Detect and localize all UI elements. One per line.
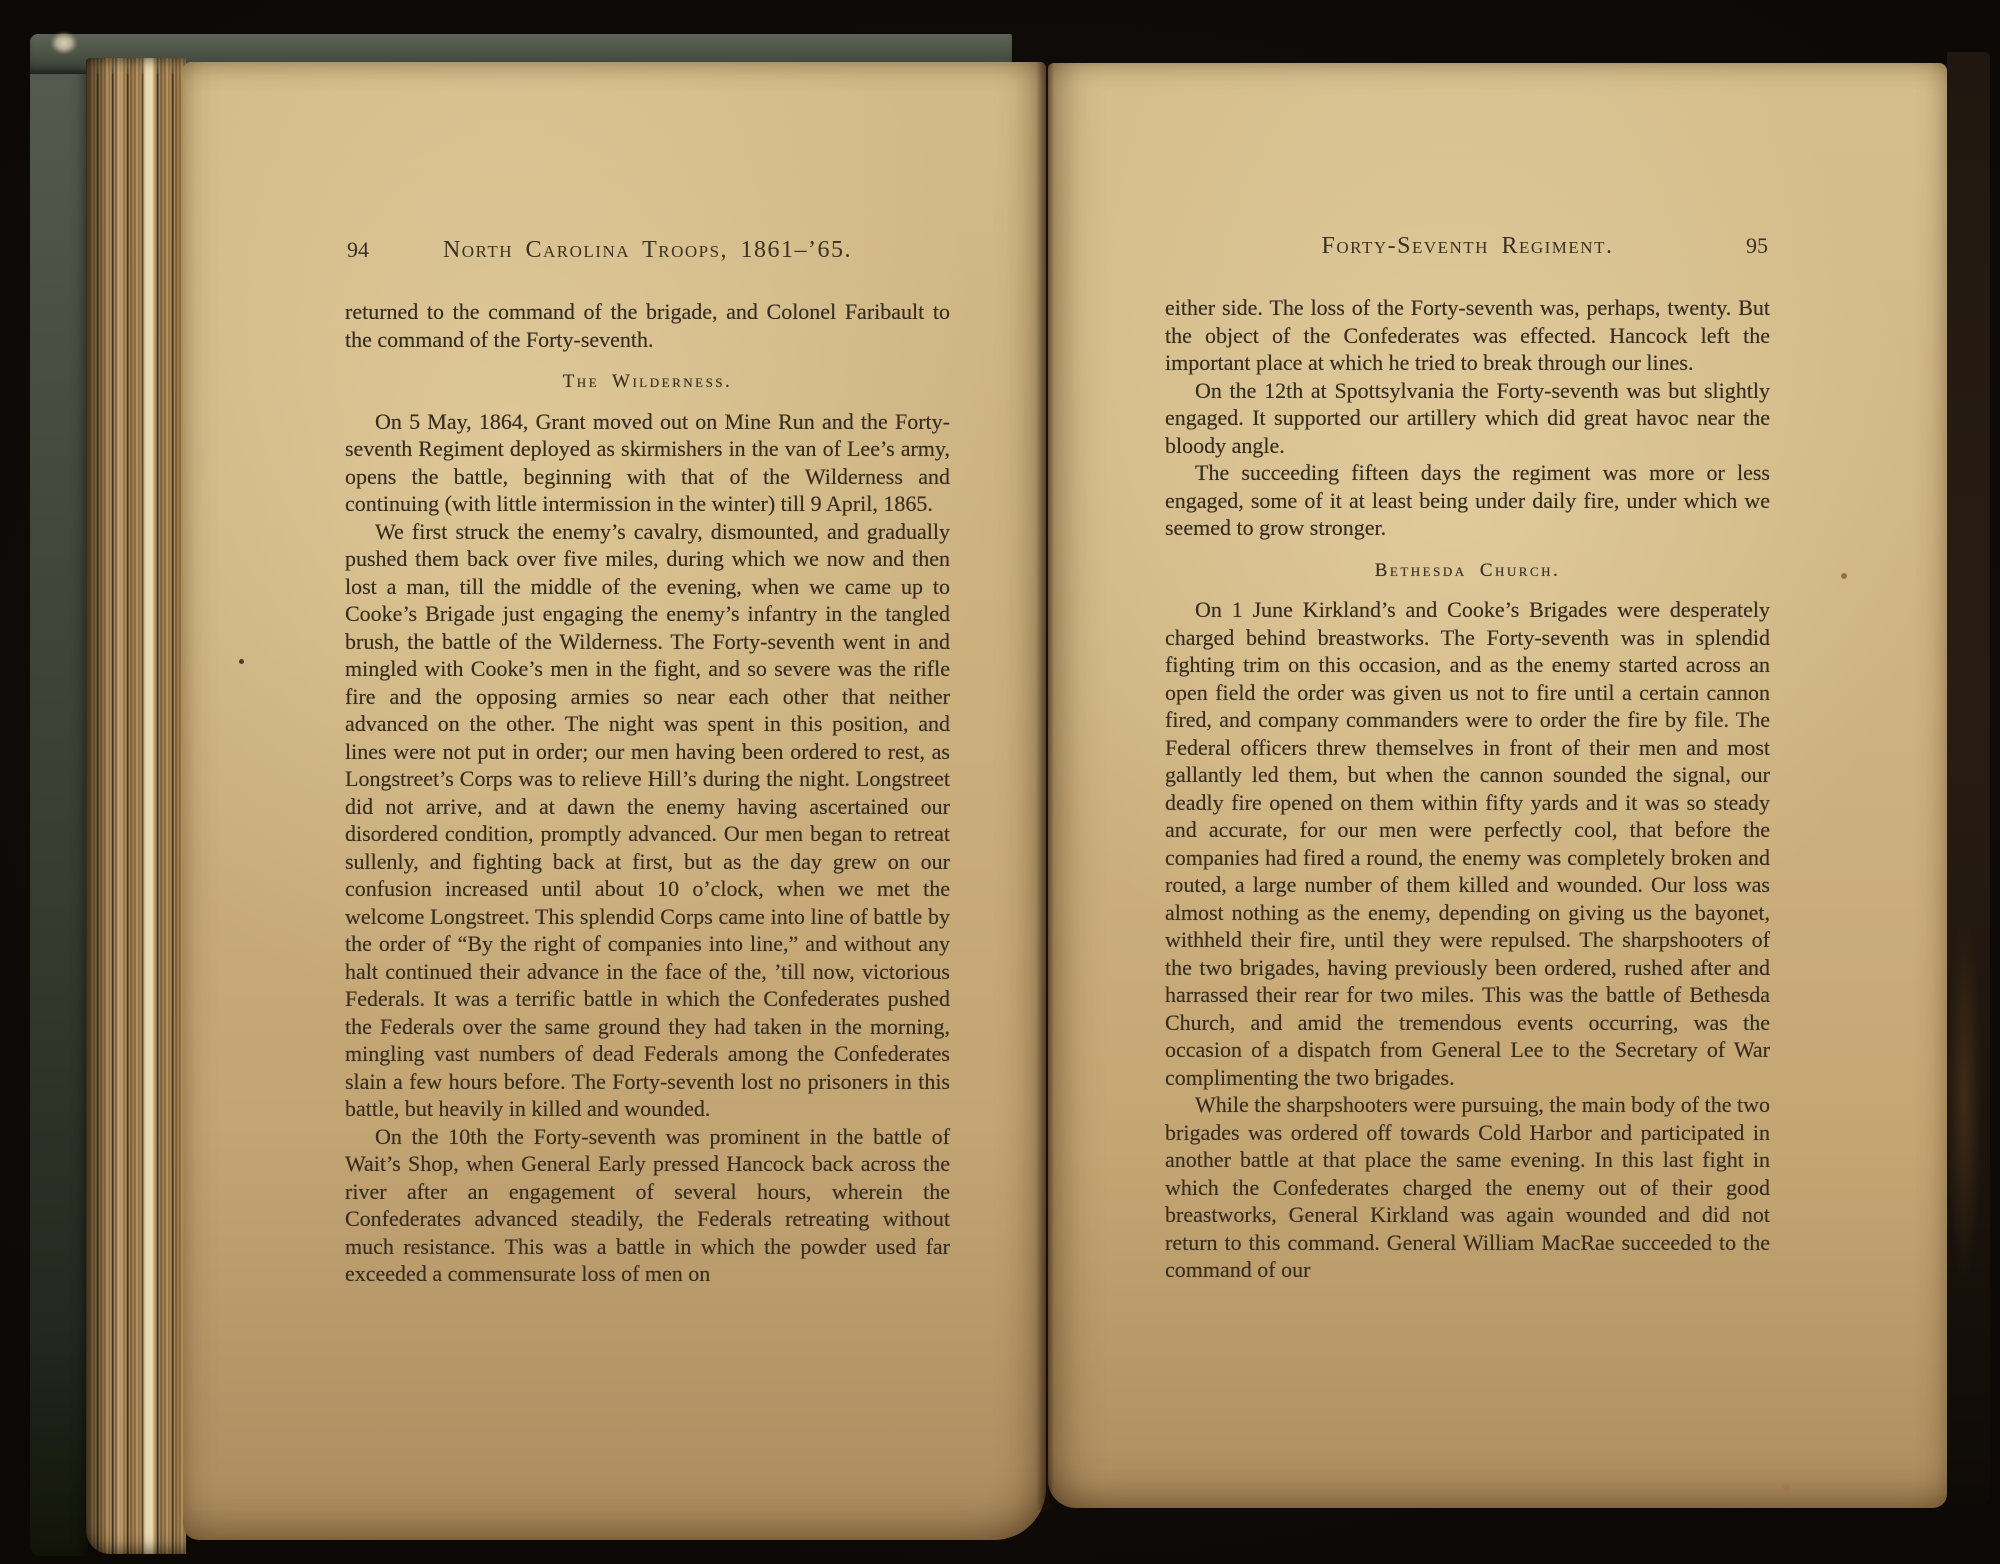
- left-running-header-title: North Carolina Troops, 1861–’65.: [443, 237, 852, 263]
- left-page: 94 North Carolina Troops, 1861–’65. retu…: [183, 62, 1046, 1540]
- ink-speck: [239, 659, 244, 664]
- paper-stain: [1783, 1484, 1790, 1491]
- book-cover-right-edge: [1947, 52, 1990, 1504]
- right-running-header: Forty-Seventh Regiment. 95: [1165, 233, 1770, 265]
- worn-cover-corner: [46, 28, 82, 58]
- paragraph: On the 10th the Forty-seventh was promin…: [345, 1123, 950, 1288]
- left-page-number: 94: [347, 237, 369, 263]
- right-page: Forty-Seventh Regiment. 95 either side. …: [1048, 63, 1947, 1508]
- paragraph: On 1 June Kirkland’s and Cooke’s Brigade…: [1165, 596, 1770, 1091]
- paragraph: either side. The loss of the Forty-seven…: [1165, 294, 1770, 377]
- open-book-scan: 94 North Carolina Troops, 1861–’65. retu…: [0, 0, 2000, 1564]
- right-page-number: 95: [1746, 233, 1768, 259]
- book-gutter-shadow: [1036, 62, 1054, 1510]
- left-page-text-column: 94 North Carolina Troops, 1861–’65. retu…: [345, 237, 950, 1288]
- section-heading: Bethesda Church.: [1165, 557, 1770, 585]
- paragraph: On 5 May, 1864, Grant moved out on Mine …: [345, 408, 950, 518]
- stacked-page-edges: [86, 58, 186, 1554]
- section-heading: The Wilderness.: [345, 368, 950, 396]
- right-running-header-title: Forty-Seventh Regiment.: [1322, 233, 1614, 259]
- book-cover-left-edge: [30, 34, 88, 1556]
- left-running-header: 94 North Carolina Troops, 1861–’65.: [345, 237, 950, 269]
- paragraph: The succeeding fifteen days the regiment…: [1165, 459, 1770, 542]
- right-page-text-column: Forty-Seventh Regiment. 95 either side. …: [1165, 233, 1770, 1284]
- ink-speck: [1841, 573, 1847, 579]
- paragraph: returned to the command of the brigade, …: [345, 298, 950, 353]
- paragraph: While the sharpshooters were pursuing, t…: [1165, 1091, 1770, 1284]
- paragraph: On the 12th at Spottsylvania the Forty-s…: [1165, 377, 1770, 460]
- paragraph: We first struck the enemy’s cavalry, dis…: [345, 518, 950, 1123]
- left-page-body: returned to the command of the brigade, …: [345, 298, 950, 1288]
- right-page-body: either side. The loss of the Forty-seven…: [1165, 294, 1770, 1284]
